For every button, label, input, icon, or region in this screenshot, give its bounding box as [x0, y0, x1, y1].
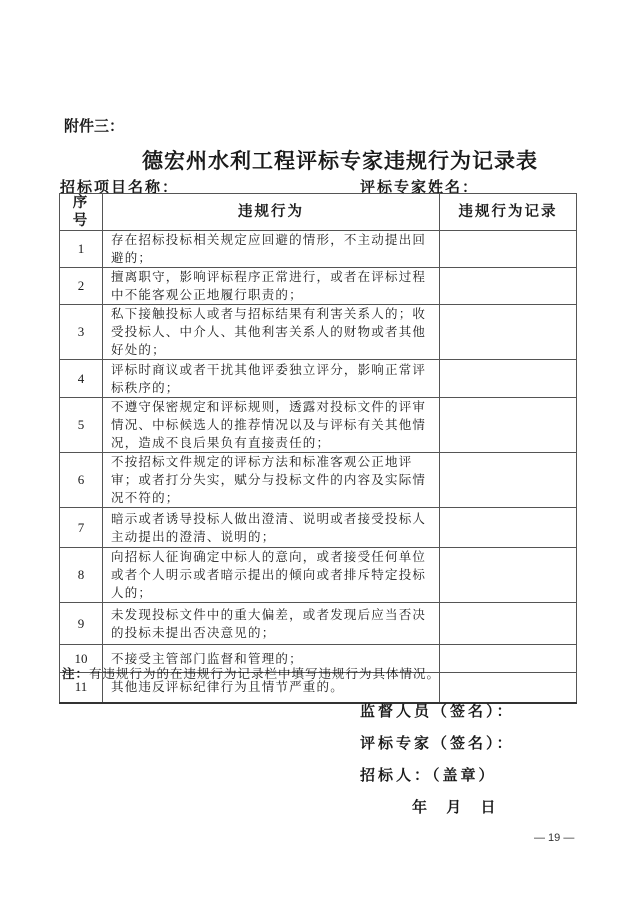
- row-behavior: 未发现投标文件中的重大偏差，或者发现后应当否决的投标未提出否决意见的；: [103, 603, 440, 645]
- table-note: 注：有违规行为的在违规行为记录栏中填写违规行为具体情况。: [62, 664, 440, 682]
- expert-signature-line: 评标专家（签名）：: [360, 732, 515, 753]
- row-record[interactable]: [440, 673, 577, 703]
- row-no: 4: [60, 360, 103, 398]
- page-number: — 19 —: [534, 832, 574, 844]
- header-behavior: 违规行为: [103, 194, 440, 231]
- row-behavior: 暗示或者诱导投标人做出澄清、说明或者接受投标人主动提出的澄清、说明的；: [103, 508, 440, 548]
- violation-record-table: 序号 违规行为 违规行为记录 1 存在招标投标相关规定应回避的情形，不主动提出回…: [59, 193, 577, 704]
- row-no: 1: [60, 231, 103, 268]
- row-behavior: 向招标人征询确定中标人的意向，或者接受任何单位或者个人明示或者暗示提出的倾向或者…: [103, 548, 440, 603]
- table-row: 5 不遵守保密规定和评标规则，透露对投标文件的评审情况、中标候选人的推荐情况以及…: [60, 398, 577, 453]
- table-header-row: 序号 违规行为 违规行为记录: [60, 194, 577, 231]
- table-row: 1 存在招标投标相关规定应回避的情形，不主动提出回避的；: [60, 231, 577, 268]
- row-no: 5: [60, 398, 103, 453]
- table-row: 7 暗示或者诱导投标人做出澄清、说明或者接受投标人主动提出的澄清、说明的；: [60, 508, 577, 548]
- table-row: 3 私下接触投标人或者与招标结果有利害关系人的；收受投标人、中介人、其他利害关系…: [60, 305, 577, 360]
- row-behavior: 不遵守保密规定和评标规则，透露对投标文件的评审情况、中标候选人的推荐情况以及与评…: [103, 398, 440, 453]
- row-record[interactable]: [440, 453, 577, 508]
- row-record[interactable]: [440, 231, 577, 268]
- row-record[interactable]: [440, 398, 577, 453]
- row-no: 9: [60, 603, 103, 645]
- row-behavior: 评标时商议或者干扰其他评委独立评分，影响正常评标秩序的；: [103, 360, 440, 398]
- row-behavior: 擅离职守，影响评标程序正常进行，或者在评标过程中不能客观公正地履行职责的；: [103, 268, 440, 305]
- row-behavior: 私下接触投标人或者与招标结果有利害关系人的；收受投标人、中介人、其他利害关系人的…: [103, 305, 440, 360]
- table-row: 2 擅离职守，影响评标程序正常进行，或者在评标过程中不能客观公正地履行职责的；: [60, 268, 577, 305]
- row-no: 7: [60, 508, 103, 548]
- date-line: 年 月 日: [412, 796, 495, 817]
- note-text: 有违规行为的在违规行为记录栏中填写违规行为具体情况。: [89, 666, 440, 681]
- row-record[interactable]: [440, 268, 577, 305]
- table-row: 9 未发现投标文件中的重大偏差，或者发现后应当否决的投标未提出否决意见的；: [60, 603, 577, 645]
- row-no: 6: [60, 453, 103, 508]
- row-behavior: 不按招标文件规定的评标方法和标准客观公正地评审；或者打分失实，赋分与投标文件的内…: [103, 453, 440, 508]
- row-behavior: 存在招标投标相关规定应回避的情形，不主动提出回避的；: [103, 231, 440, 268]
- row-record[interactable]: [440, 305, 577, 360]
- table-row: 8 向招标人征询确定中标人的意向，或者接受任何单位或者个人明示或者暗示提出的倾向…: [60, 548, 577, 603]
- attachment-label: 附件三：: [64, 115, 124, 136]
- row-no: 2: [60, 268, 103, 305]
- row-record[interactable]: [440, 360, 577, 398]
- row-record[interactable]: [440, 645, 577, 673]
- supervisor-signature-line: 监督人员（签名）：: [360, 700, 515, 721]
- row-record[interactable]: [440, 508, 577, 548]
- header-record: 违规行为记录: [440, 194, 577, 231]
- header-no: 序号: [60, 194, 103, 231]
- row-no: 8: [60, 548, 103, 603]
- note-label: 注：: [62, 666, 89, 681]
- table-row: 4 评标时商议或者干扰其他评委独立评分，影响正常评标秩序的；: [60, 360, 577, 398]
- tenderer-seal-line: 招标人：（盖章）: [360, 764, 497, 785]
- table-row: 6 不按招标文件规定的评标方法和标准客观公正地评审；或者打分失实，赋分与投标文件…: [60, 453, 577, 508]
- row-record[interactable]: [440, 603, 577, 645]
- document-title: 德宏州水利工程评标专家违规行为记录表: [0, 145, 636, 175]
- row-record[interactable]: [440, 548, 577, 603]
- row-no: 3: [60, 305, 103, 360]
